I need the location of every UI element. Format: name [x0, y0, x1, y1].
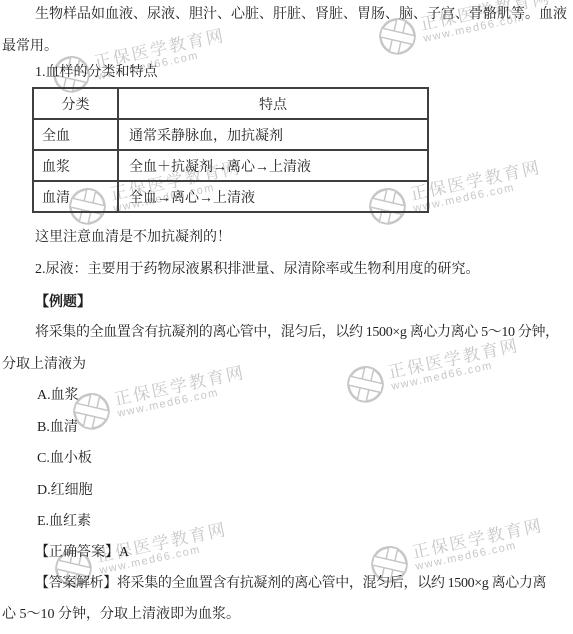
- blood-sample-table: 分类 特点 全血 通常采静脉血，加抗凝剂 血浆 全血＋抗凝剂→离心→上清液 血清…: [32, 87, 429, 213]
- question-line-1: 将采集的全血置含有抗凝剂的离心管中，混匀后，以约 1500×g 离心力离心 5～…: [35, 324, 559, 342]
- option-e: E.血红素: [37, 513, 91, 531]
- table-cell-feature: 全血＋抗凝剂→离心→上清液: [118, 150, 428, 181]
- analysis-line-2: 心 5～10 分钟，分取上清液即为血浆。: [2, 606, 240, 624]
- table-cell-type: 血浆: [33, 150, 118, 181]
- table-cell-feature: 通常采静脉血，加抗凝剂: [118, 119, 428, 150]
- question-line-2: 分取上清液为: [2, 356, 86, 374]
- example-label: 【例题】: [35, 292, 91, 310]
- blood-section-heading: 1.血样的分类和特点: [35, 64, 158, 82]
- table-row: 血清 全血→离心→上清液: [33, 181, 428, 212]
- analysis-line-1: 【答案解析】将采集的全血置含有抗凝剂的离心管中，混匀后，以约 1500×g 离心…: [35, 575, 546, 593]
- table-header-type: 分类: [33, 88, 118, 119]
- serum-note: 这里注意血清是不加抗凝剂的！: [35, 229, 231, 247]
- table-row: 血浆 全血＋抗凝剂→离心→上清液: [33, 150, 428, 181]
- table-header-row: 分类 特点: [33, 88, 428, 119]
- option-b: B.血清: [37, 419, 78, 437]
- option-a: A.血浆: [37, 387, 79, 405]
- table-row: 全血 通常采静脉血，加抗凝剂: [33, 119, 428, 150]
- table-cell-type: 全血: [33, 119, 118, 150]
- option-c: C.血小板: [37, 450, 92, 468]
- urine-section-text: 2.尿液：主要用于药物尿液累积排泄量、尿清除率或生物利用度的研究。: [35, 261, 480, 279]
- table-header-feature: 特点: [118, 88, 428, 119]
- option-d: D.红细胞: [37, 482, 93, 500]
- table-cell-type: 血清: [33, 181, 118, 212]
- intro-line-2: 最常用。: [2, 38, 58, 56]
- correct-answer: 【正确答案】A: [35, 544, 129, 562]
- document-body: 生物样品如血液、尿液、胆汁、心脏、肝脏、肾脏、胃肠、脑、子宫、骨骼肌等。血液 最…: [0, 0, 573, 634]
- intro-line-1: 生物样品如血液、尿液、胆汁、心脏、肝脏、肾脏、胃肠、脑、子宫、骨骼肌等。血液: [35, 6, 567, 24]
- table-cell-feature: 全血→离心→上清液: [118, 181, 428, 212]
